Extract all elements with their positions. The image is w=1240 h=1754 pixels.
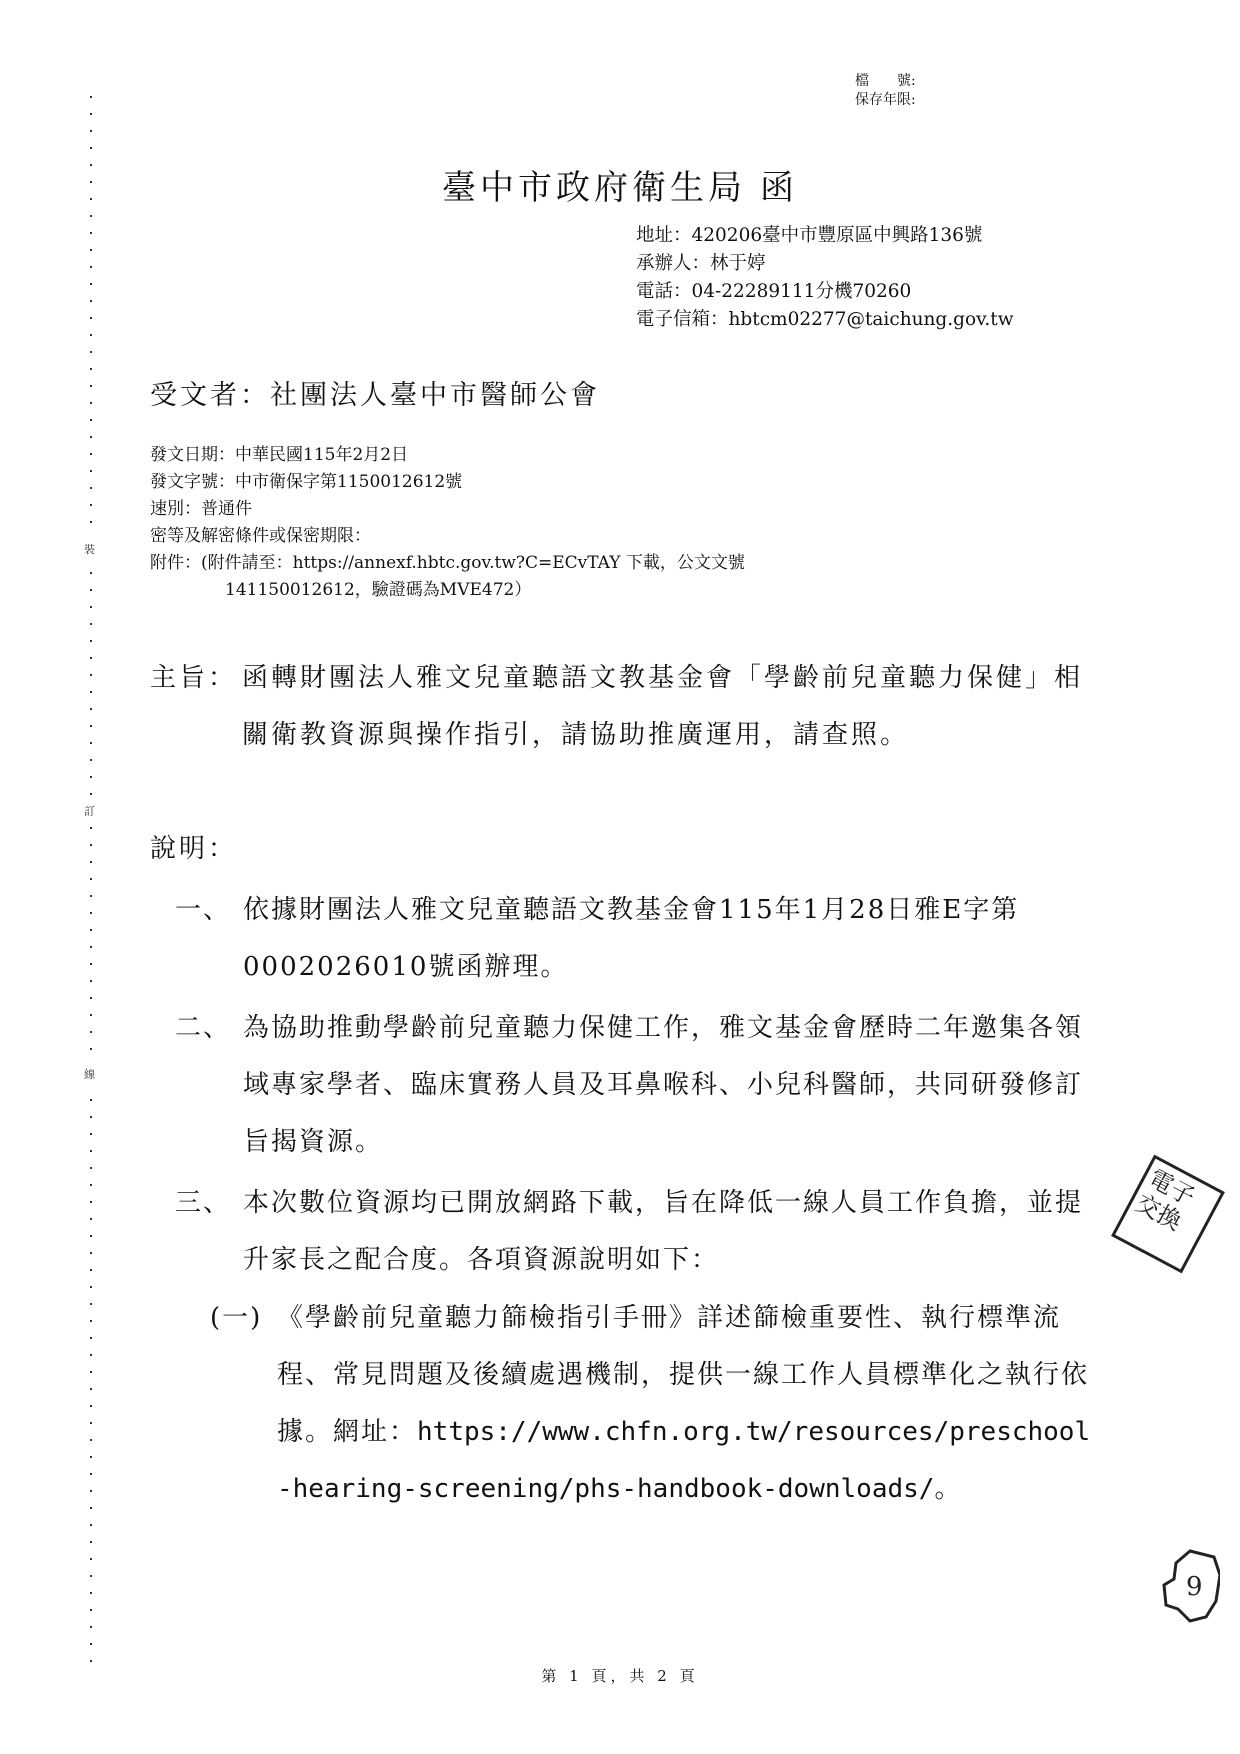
- binding-dot: [90, 1252, 92, 1254]
- binding-dot: [90, 776, 92, 778]
- subject: 主旨： 函轉財團法人雅文兒童聽語文教基金會「學齡前兒童聽力保健」相關衛教資源與操…: [150, 650, 1090, 764]
- binding-dot: [90, 929, 92, 931]
- binding-dot: [90, 1456, 92, 1458]
- binding-dot: [90, 487, 92, 489]
- binding-dot: [90, 1303, 92, 1305]
- item-text: 本次數位資源均已開放網路下載，旨在降低一線人員工作負擔，並提升家長之配合度。各項…: [243, 1175, 1095, 1289]
- document-meta: 發文日期：中華民國115年2月2日 發文字號：中市衛保字第1150012612號…: [150, 442, 745, 604]
- subject-label: 主旨：: [150, 650, 237, 707]
- page-seal-stamp: 9: [1160, 1545, 1220, 1625]
- binding-dot: [90, 453, 92, 455]
- binding-dot: [90, 232, 92, 234]
- binding-dot: [90, 1439, 92, 1441]
- document-type: 函: [760, 168, 798, 208]
- attachment-line-2: 141150012612，驗證碼為MVE472）: [150, 577, 745, 604]
- binding-dot: [90, 708, 92, 710]
- electronic-exchange-stamp: 電子交換: [1111, 1155, 1225, 1274]
- binding-dot: [90, 1269, 92, 1271]
- binding-dot: [90, 1422, 92, 1424]
- binding-dot: [90, 1507, 92, 1509]
- binding-dot: [90, 1609, 92, 1611]
- seal-outline-icon: 9: [1160, 1545, 1220, 1625]
- binding-dot: [90, 368, 92, 370]
- binding-dot: [90, 691, 92, 693]
- explanation-label: 說明：: [150, 828, 237, 865]
- binding-dot: [90, 640, 92, 642]
- subitem-end: 。: [934, 1474, 962, 1504]
- binding-dot: [90, 266, 92, 268]
- binding-dot: [90, 249, 92, 251]
- binding-dot: [90, 793, 92, 795]
- binding-mark-xian: 線: [84, 1069, 95, 1081]
- binding-dot: [90, 1405, 92, 1407]
- binding-dot: [90, 861, 92, 863]
- item-text: 為協助推動學齡前兒童聽力保健工作，雅文基金會歷時二年邀集各領域專家學者、臨床實務…: [243, 1000, 1095, 1171]
- binding-dot: [90, 742, 92, 744]
- binding-dot: [90, 147, 92, 149]
- binding-dot: [90, 1626, 92, 1628]
- binding-dot: [90, 963, 92, 965]
- binding-dot: [90, 1371, 92, 1373]
- binding-dot: [90, 1558, 92, 1560]
- binding-mark-zhuang: 裝: [84, 544, 95, 556]
- binding-dot: [90, 317, 92, 319]
- binding-dot: [90, 1235, 92, 1237]
- binding-dot: [90, 1643, 92, 1645]
- binding-dot: [90, 1490, 92, 1492]
- binding-dot: [90, 997, 92, 999]
- item-number: 一、: [175, 882, 231, 939]
- binding-dot: [90, 385, 92, 387]
- binding-dot: [90, 1473, 92, 1475]
- page-title: 臺中市政府衛生局函: [0, 160, 1240, 209]
- attachment-line-1[interactable]: 附件：(附件請至：https://annexf.hbtc.gov.tw?C=EC…: [150, 550, 745, 577]
- binding-dot: [90, 1218, 92, 1220]
- document-number: 發文字號：中市衛保字第1150012612號: [150, 469, 745, 496]
- binding-dot: [90, 1133, 92, 1135]
- binding-dot: [90, 1031, 92, 1033]
- binding-dot: [90, 844, 92, 846]
- binding-dot: [90, 1524, 92, 1526]
- binding-dot: [90, 130, 92, 132]
- binding-dot: [90, 1116, 92, 1118]
- binding-dot: [90, 96, 92, 98]
- binding-dot: [90, 725, 92, 727]
- binding-dot: [90, 1184, 92, 1186]
- item-text: 依據財團法人雅文兒童聽語文教基金會115年1月28日雅E字第0002026010…: [243, 882, 1095, 996]
- binding-dot: [90, 1150, 92, 1152]
- binding-dot: [90, 1048, 92, 1050]
- agency-name: 臺中市政府衛生局: [442, 168, 746, 208]
- file-number-label: 檔 號:: [855, 72, 916, 91]
- binding-dot: [90, 1592, 92, 1594]
- binding-dot: [90, 1660, 92, 1662]
- phone: 電話：04-22289111分機70260: [636, 278, 1014, 306]
- binding-dot: [90, 351, 92, 353]
- binding-dot: [90, 402, 92, 404]
- binding-dot: [90, 606, 92, 608]
- binding-line: 裝 訂 線: [84, 96, 100, 1676]
- binding-dot: [90, 470, 92, 472]
- binding-dot: [90, 912, 92, 914]
- binding-dot: [90, 1099, 92, 1101]
- binding-dot: [90, 283, 92, 285]
- binding-dot: [90, 113, 92, 115]
- binding-dot: [90, 1388, 92, 1390]
- classification: 密等及解密條件或保密期限：: [150, 523, 745, 550]
- binding-dot: [90, 759, 92, 761]
- explanation-item: 一、 依據財團法人雅文兒童聽語文教基金會115年1月28日雅E字第0002026…: [175, 882, 1095, 996]
- explanation-item: 三、 本次數位資源均已開放網路下載，旨在降低一線人員工作負擔，並提升家長之配合度…: [175, 1175, 1095, 1289]
- binding-dot: [90, 878, 92, 880]
- binding-dot: [90, 1167, 92, 1169]
- binding-dot: [90, 300, 92, 302]
- recipient: 受文者：社團法人臺中市醫師公會: [150, 373, 600, 412]
- binding-dot: [90, 215, 92, 217]
- binding-dot: [90, 657, 92, 659]
- svg-text:9: 9: [1186, 1572, 1203, 1602]
- binding-dot: [90, 1575, 92, 1577]
- contact-block: 地址：420206臺中市豐原區中興路136號 承辦人：林于婷 電話：04-222…: [636, 222, 1014, 334]
- binding-dot: [90, 504, 92, 506]
- binding-dot: [90, 1201, 92, 1203]
- binding-mark-ding: 訂: [84, 806, 95, 818]
- binding-dot: [90, 521, 92, 523]
- address: 地址：420206臺中市豐原區中興路136號: [636, 222, 1014, 250]
- binding-dot: [90, 572, 92, 574]
- item-number: 三、: [175, 1175, 231, 1232]
- binding-dot: [90, 623, 92, 625]
- email: 電子信箱：hbtcm02277@taichung.gov.tw: [636, 306, 1014, 334]
- binding-dot: [90, 827, 92, 829]
- binding-dot: [90, 674, 92, 676]
- explanation-subitem: (一) 《學齡前兒童聽力篩檢指引手冊》詳述篩檢重要性、執行標準流程、常見問題及後…: [210, 1290, 1100, 1518]
- retention-label: 保存年限:: [855, 91, 916, 110]
- page-indicator: 第 1 頁，共 2 頁: [0, 1665, 1240, 1686]
- binding-dot: [90, 419, 92, 421]
- binding-dot: [90, 589, 92, 591]
- binding-dot: [90, 1354, 92, 1356]
- binding-dot: [90, 946, 92, 948]
- binding-dot: [90, 1320, 92, 1322]
- handler: 承辦人：林于婷: [636, 250, 1014, 278]
- subitem-text: 《學齡前兒童聽力篩檢指引手冊》詳述篩檢重要性、執行標準流程、常見問題及後續處遇機…: [277, 1290, 1100, 1518]
- binding-dot: [90, 895, 92, 897]
- binding-dot: [90, 436, 92, 438]
- binding-dot: [90, 1541, 92, 1543]
- binding-dot: [90, 1286, 92, 1288]
- binding-dot: [90, 334, 92, 336]
- explanation-item: 二、 為協助推動學齡前兒童聽力保健工作，雅文基金會歷時二年邀集各領域專家學者、臨…: [175, 1000, 1095, 1171]
- issue-date: 發文日期：中華民國115年2月2日: [150, 442, 745, 469]
- subitem-number: (一): [210, 1290, 262, 1347]
- binding-dot: [90, 980, 92, 982]
- item-number: 二、: [175, 1000, 231, 1057]
- priority: 速別：普通件: [150, 496, 745, 523]
- file-info: 檔 號: 保存年限:: [855, 72, 916, 110]
- binding-dot: [90, 1014, 92, 1016]
- binding-dot: [90, 1337, 92, 1339]
- subject-text: 函轉財團法人雅文兒童聽語文教基金會「學齡前兒童聽力保健」相關衛教資源與操作指引，…: [242, 650, 1090, 764]
